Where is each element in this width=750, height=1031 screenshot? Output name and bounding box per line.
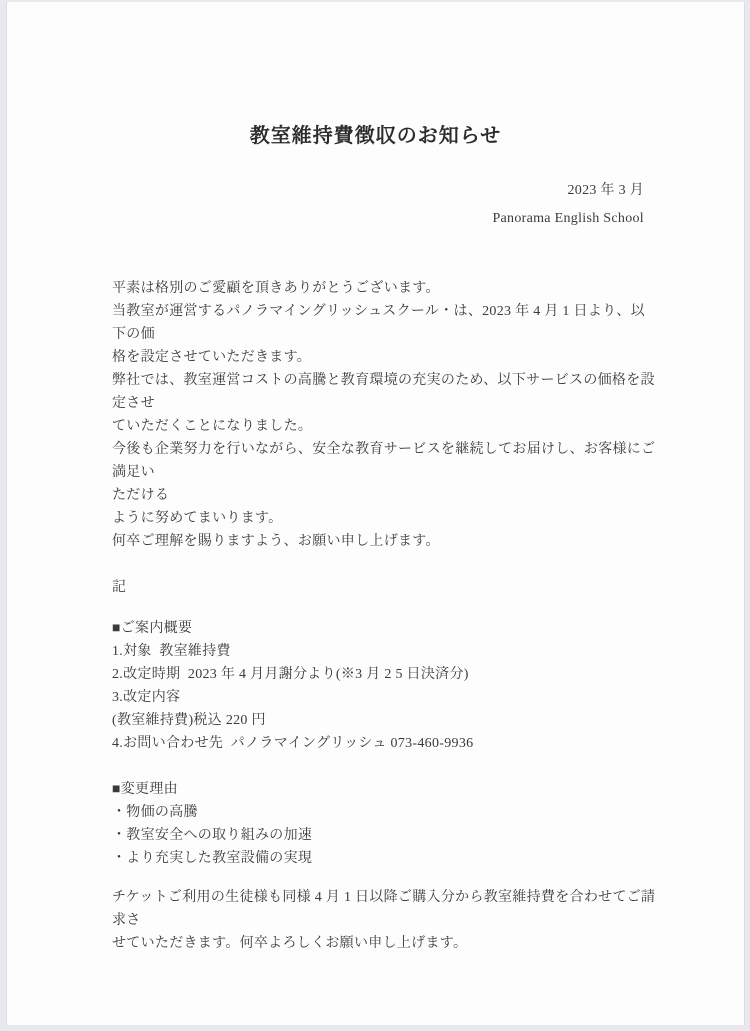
text-line: 格を設定させていただきます。 [112, 346, 658, 369]
text-line: ・教室安全への取り組みの加速 [112, 824, 658, 847]
text-line: 4.お問い合わせ先 パノラマイングリッシュ 073-460-9936 [112, 732, 658, 755]
section-overview-lines: 1.対象 教室維持費2.改定時期 2023 年 4 月月謝分より(※3 月 2 … [112, 640, 658, 755]
text-line: 平素は格別のご愛顧を頂きありがとうございます。 [112, 277, 658, 300]
document-page: 教室維持費徴収のお知らせ 2023 年 3 月 Panorama English… [6, 2, 745, 1025]
section-reasons-heading: ■変更理由 [112, 778, 658, 801]
text-line: ・より充実した教室設備の実現 [112, 847, 658, 870]
text-line: ・物価の高騰 [112, 801, 658, 824]
text-line: 弊社では、教室運営コストの高騰と教育環境の充実のため、以下サービスの価格を設定さ… [112, 369, 658, 415]
document-title: 教室維持費徴収のお知らせ [7, 122, 744, 151]
date-line: 2023 年 3 月 [7, 177, 644, 205]
section-overview: ■ご案内概要 1.対象 教室維持費2.改定時期 2023 年 4 月月謝分より(… [112, 617, 658, 755]
meta-block: 2023 年 3 月 Panorama English School [7, 177, 744, 233]
section-reasons: ■変更理由 ・物価の高騰・教室安全への取り組みの加速・より充実した教室設備の実現 [112, 778, 658, 870]
text-line: 当教室が運営するパノラマイングリッシュスクール・は、2023 年 4 月 1 日… [112, 300, 658, 346]
text-line: (教室維持費)税込 220 円 [112, 709, 658, 732]
text-line: 3.改定内容 [112, 686, 658, 709]
text-line: せていただきます。何卒よろしくお願い申し上げます。 [112, 932, 658, 955]
section-reasons-lines: ・物価の高騰・教室安全への取り組みの加速・より充実した教室設備の実現 [112, 801, 658, 870]
section-overview-heading: ■ご案内概要 [112, 617, 658, 640]
intro-paragraph: 平素は格別のご愛顧を頂きありがとうございます。当教室が運営するパノラマイングリッ… [112, 277, 658, 553]
text-line: 1.対象 教室維持費 [112, 640, 658, 663]
document-body: 平素は格別のご愛顧を頂きありがとうございます。当教室が運営するパノラマイングリッ… [7, 277, 744, 955]
record-marker: 記 [112, 576, 658, 599]
closing-paragraph: チケットご利用の生徒様も同様 4 月 1 日以降ご購入分から教室維持費を合わせて… [112, 886, 658, 955]
text-line: ただける [112, 484, 658, 507]
organization-name: Panorama English School [7, 205, 644, 233]
photo-background: 教室維持費徴収のお知らせ 2023 年 3 月 Panorama English… [0, 0, 750, 1031]
text-line: 何卒ご理解を賜りますよう、お願い申し上げます。 [112, 530, 658, 553]
text-line: ていただくことになりました。 [112, 415, 658, 438]
text-line: 今後も企業努力を行いながら、安全な教育サービスを継続してお届けし、お客様にご満足… [112, 438, 658, 484]
text-line: チケットご利用の生徒様も同様 4 月 1 日以降ご購入分から教室維持費を合わせて… [112, 886, 658, 932]
text-line: ように努めてまいります。 [112, 507, 658, 530]
text-line: 2.改定時期 2023 年 4 月月謝分より(※3 月 2 5 日決済分) [112, 663, 658, 686]
